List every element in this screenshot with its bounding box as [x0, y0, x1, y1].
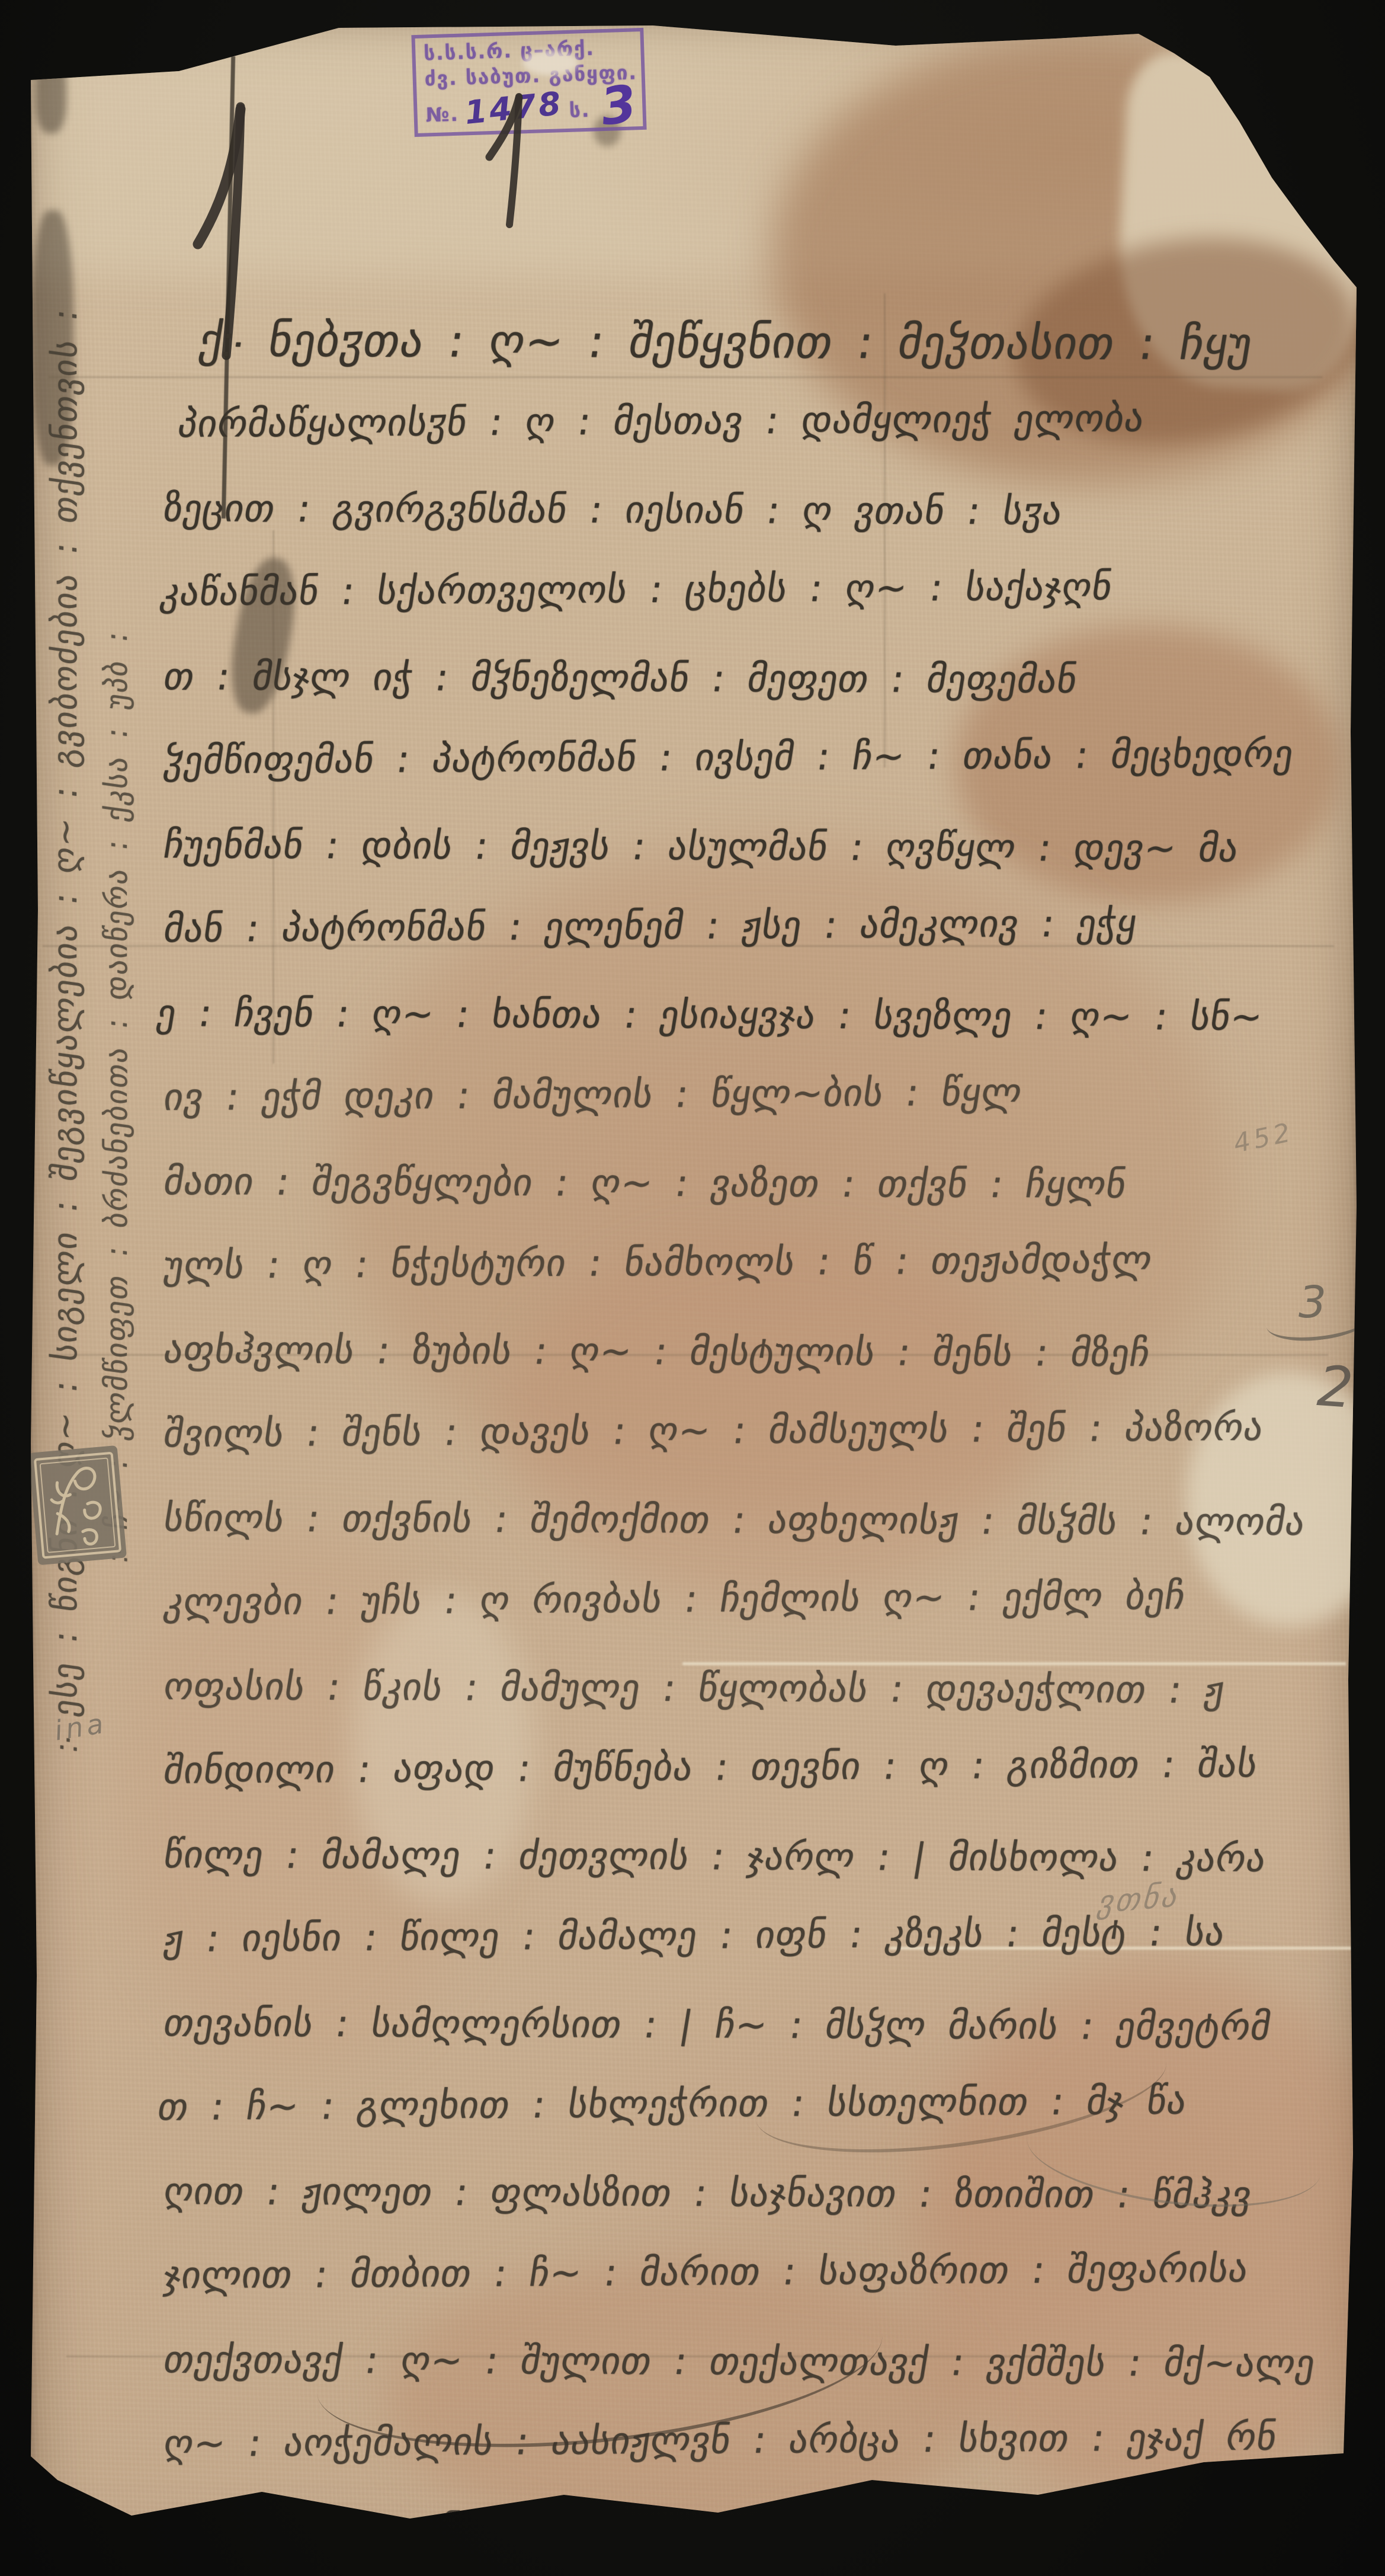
manuscript-line: მათი : შეგვწყლები : ღ~ : ვაზეთ : თქვნ : … — [158, 1140, 1346, 1228]
margin-number-2: 2 — [1315, 1354, 1355, 1421]
manuscript-line: მან : პატრონმან : ელენემ : ჟსე : ამეკლივ… — [158, 880, 1348, 971]
manuscript-line: ჩუენმან : დბის : მეჟვს : ასულმან : ღვწყლ… — [158, 803, 1346, 891]
manuscript-text-block: ქ჻ ნებჳთა : ღ~ : შეწყვნით : მეჴთასით : ჩ… — [164, 298, 1340, 2566]
manuscript-line: კლევბი : უჩს : ღ რივბას : ჩემლის ღ~ : ექ… — [158, 1553, 1348, 1644]
manuscript-line: ზეცით : გვირგვნსმან : იესიან : ღ ვთან : … — [158, 466, 1346, 555]
handwritten-numeral-1-center — [482, 87, 536, 229]
manuscript-line: შვილს : შენს : დავეს : ღ~ : მამსეულს : შ… — [158, 1385, 1348, 1476]
manuscript-line: პირმაწყალისჳნ : ღ : მესთავ : დამყლიეჭ ელ… — [172, 375, 1347, 466]
manuscript-line: ოფასის : წკის : მამულე : წყლობას : დევაე… — [158, 1644, 1346, 1733]
ink-smudge — [36, 56, 66, 133]
margin-vertical-note: ჻ ჩ~ : ჴლმწიფეთ : ბრძანებითა : დაიწერა :… — [100, 696, 134, 1561]
manuscript-line: კაწანმან : სქართველოს : ცხებს : ღ~ : საქ… — [154, 543, 1348, 635]
manuscript-line: ივ : ეჭმ დეკი : მამულის : წყლ~ბის : წყლ — [158, 1048, 1348, 1140]
stamp-scuff — [522, 50, 579, 75]
manuscript-line: აფხჰვლის : ზუბის : ღ~ : მესტულის : შენს … — [158, 1308, 1346, 1396]
stamp-number-suffix: ს. — [569, 98, 591, 122]
margin-vertical-note: ჻ ესე : წიგნი : ღ~ : სიგელი : შეგვიწყალე… — [46, 655, 85, 1751]
manuscript-line: ნ : ღ : მდივან : მღექ მარ : ემანუბა : ეს… — [158, 2486, 1346, 2566]
manuscript-line: ულს : ღ : ნჭესტური : ნამხოლს : წ : თეჟამ… — [158, 1217, 1348, 1308]
manuscript-line: ე : ჩვენ : ღ~ : ხანთა : ესიაყვჯა : სვეზლ… — [150, 971, 1346, 1060]
paper-sheet: ს.ს.ს.რ. ც–არქ. ძვ. საბუთ. განყფი. №. 14… — [31, 21, 1357, 2566]
manuscript-line: თევანის : სამღლერსით : | ჩ~ : მსჴლ მარის… — [158, 1981, 1346, 2069]
manuscript-line: ჴემწიფემან : პატრონმან : ივსემ : ჩ~ : თა… — [158, 712, 1348, 803]
ink-seal — [31, 1441, 130, 1570]
manuscript-line: ქ჻ ნებჳთა : ღ~ : შეწყვნით : მეჴთასით : ჩ… — [193, 298, 1346, 386]
stamp-number-prefix: №. — [425, 103, 459, 127]
pencil-note-right: ვთნა — [1096, 1878, 1181, 1921]
manuscript-line: შინდილი : აფად : მუწნება : თევნი : ღ : გ… — [158, 1721, 1348, 1813]
manuscript-line: სწილს : თქვნის : შემოქმით : აფხელისჟ : მ… — [158, 1476, 1346, 1564]
manuscript-scan: ს.ს.ს.რ. ც–არქ. ძვ. საბუთ. განყფი. №. 14… — [0, 0, 1385, 2576]
manuscript-line: თ : მსჯლ იჭ : მჴნეზელმან : მეფეთ : მეფემ… — [158, 635, 1346, 723]
